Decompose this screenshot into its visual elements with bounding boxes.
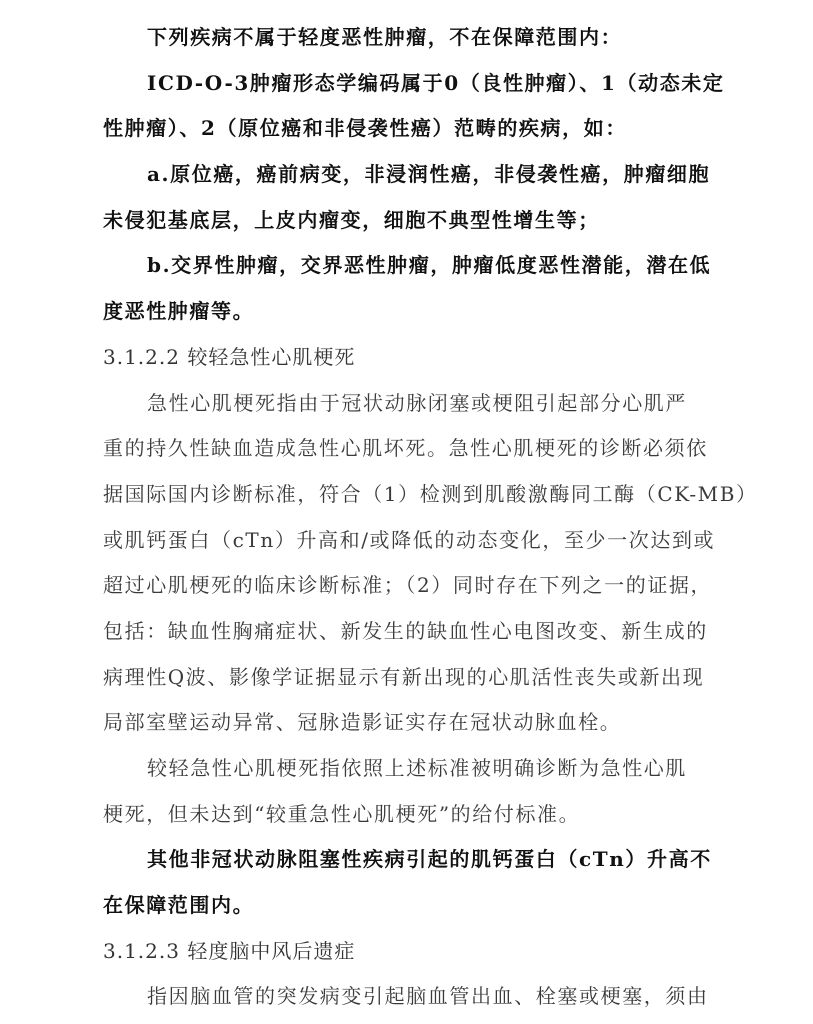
ctn-exclusion-line-1: 其他非冠状动脉阻塞性疾病引起的肌钙蛋白（cTn）升高不: [103, 837, 715, 883]
mi-definition-line-6: 包括：缺血性胸痛症状、新发生的缺血性心电图改变、新生成的: [103, 609, 715, 655]
exclusion-item-a-line-2: 未侵犯基底层，上皮内瘤变，细胞不典型性增生等；: [103, 198, 715, 244]
mi-definition-line-3: 据国际国内诊断标准，符合（1）检测到肌酸激酶同工酶（CK-MB）: [103, 472, 715, 518]
mild-mi-definition-line-2: 梗死，但未达到“较重急性心肌梗死”的给付标准。: [103, 792, 715, 838]
exclusion-item-b-line-1: b.交界性肿瘤，交界恶性肿瘤，肿瘤低度恶性潜能，潜在低: [103, 243, 715, 289]
section-heading-3-1-2-3: 3.1.2.3 轻度脑中风后遗症: [103, 929, 715, 975]
exclusion-intro: 下列疾病不属于轻度恶性肿瘤，不在保障范围内：: [103, 15, 715, 61]
icd-code-paragraph-line-2: 性肿瘤）、2（原位癌和非侵袭性癌）范畴的疾病，如：: [103, 106, 715, 152]
exclusion-item-b-line-2: 度恶性肿瘤等。: [103, 289, 715, 335]
mi-definition-line-4: 或肌钙蛋白（cTn）升高和/或降低的动态变化，至少一次达到或: [103, 518, 715, 564]
mi-definition-line-2: 重的持久性缺血造成急性心肌坏死。急性心肌梗死的诊断必须依: [103, 426, 715, 472]
mi-definition-line-8: 局部室壁运动异常、冠脉造影证实存在冠状动脉血栓。: [103, 700, 715, 746]
icd-code-paragraph-line-1: ICD-O-3肿瘤形态学编码属于0（良性肿瘤）、1（动态未定: [103, 61, 715, 107]
mild-mi-definition-line-1: 较轻急性心肌梗死指依照上述标准被明确诊断为急性心肌: [103, 746, 715, 792]
mi-definition-line-5: 超过心肌梗死的临床诊断标准；（2）同时存在下列之一的证据，: [103, 563, 715, 609]
document-page: 下列疾病不属于轻度恶性肿瘤，不在保障范围内： ICD-O-3肿瘤形态学编码属于0…: [103, 15, 715, 1020]
mi-definition-line-1: 急性心肌梗死指由于冠状动脉闭塞或梗阻引起部分心肌严: [103, 381, 715, 427]
ctn-exclusion-line-2: 在保障范围内。: [103, 883, 715, 929]
mi-definition-line-7: 病理性Q波、影像学证据显示有新出现的心肌活性丧失或新出现: [103, 655, 715, 701]
stroke-definition-line-1: 指因脑血管的突发病变引起脑血管出血、栓塞或梗塞，须由: [103, 974, 715, 1020]
exclusion-item-a-line-1: a.原位癌，癌前病变，非浸润性癌，非侵袭性癌，肿瘤细胞: [103, 152, 715, 198]
section-heading-3-1-2-2: 3.1.2.2 较轻急性心肌梗死: [103, 335, 715, 381]
